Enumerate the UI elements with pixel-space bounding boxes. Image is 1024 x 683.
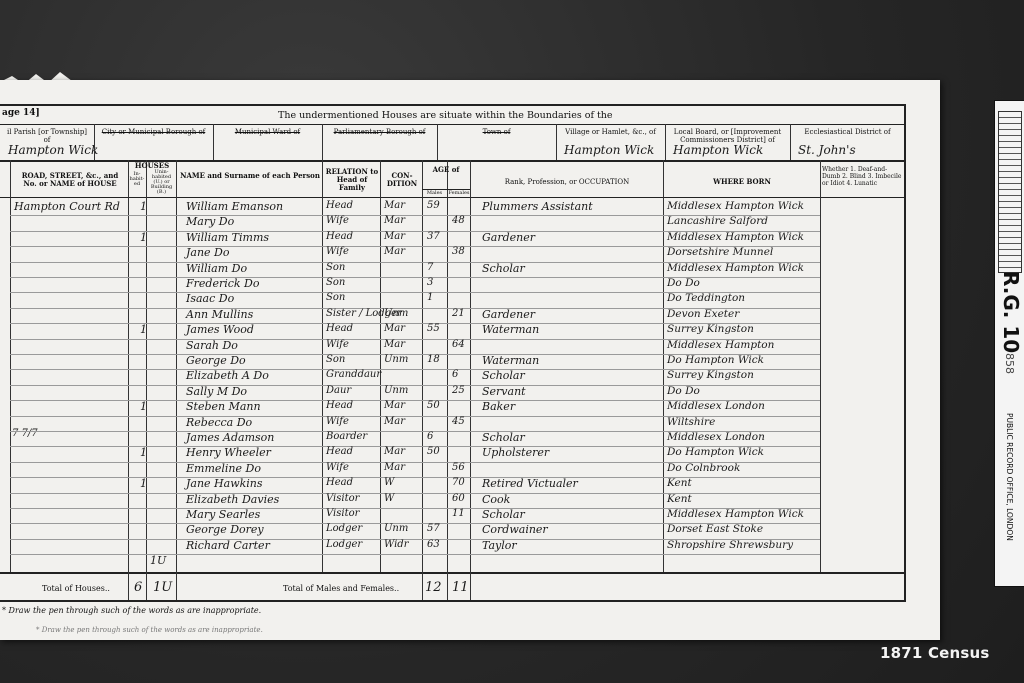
district-label: Parliamentary Borough of: [326, 128, 433, 136]
column-divider: [128, 160, 129, 572]
where-born: Dorset East Stoke: [667, 523, 763, 535]
age-male: 50: [427, 446, 440, 457]
person-name: Sarah Do: [186, 339, 238, 352]
caption: 1871 Census: [880, 644, 990, 662]
age-female: 38: [452, 246, 465, 257]
where-born: Kent: [667, 477, 692, 489]
occupation: Cordwainer: [482, 523, 548, 536]
where-born: Shropshire Shrewsbury: [667, 539, 793, 551]
person-name: Frederick Do: [186, 277, 260, 290]
record-office-notice: PUBLIC RECORD OFFICE, LONDON: [1005, 413, 1014, 541]
condition: Unm: [384, 354, 408, 365]
totals-divider: [128, 572, 129, 600]
row-rule: [10, 554, 820, 555]
column-divider: [663, 160, 664, 572]
header-age: AGE of: [422, 166, 470, 174]
total-houses-label: Total of Houses..: [42, 584, 110, 593]
condition: Mar: [384, 462, 405, 473]
totals-divider: [146, 572, 147, 600]
occupation: Plummers Assistant: [482, 200, 593, 213]
relation: Lodger: [326, 539, 362, 550]
age-male: 3: [427, 277, 433, 288]
condition: Mar: [384, 246, 405, 257]
header-condition: CON-DITION: [382, 172, 422, 188]
column-divider: [10, 160, 11, 572]
total-females: 11: [452, 580, 469, 595]
where-born: Kent: [667, 493, 692, 505]
header-name: NAME and Surname of each Person: [180, 172, 320, 180]
top-rule: [0, 104, 905, 106]
header-where-born: WHERE BORN: [665, 178, 819, 186]
where-born: Do Teddington: [667, 292, 745, 304]
condition: Unm: [384, 523, 408, 534]
occupation: Upholsterer: [482, 446, 549, 459]
road-entry: Hampton Court Rd: [14, 200, 120, 213]
inhabited-count: 1: [140, 200, 147, 213]
occupation: Taylor: [482, 539, 517, 552]
person-name: Elizabeth Davies: [186, 493, 279, 506]
district-label: Local Board, or [Improvement Commissione…: [669, 128, 786, 144]
person-name: Jane Do: [186, 246, 230, 259]
person-name: Sally M Do: [186, 385, 247, 398]
column-divider: [380, 160, 381, 572]
header-houses: HOUSES: [128, 162, 176, 170]
where-born: Do Do: [667, 277, 700, 289]
where-born: Middlesex London: [667, 400, 765, 412]
condition: Unm: [384, 308, 408, 319]
age-female: 56: [452, 462, 465, 473]
district-divider: [94, 124, 95, 160]
condition: W: [384, 493, 394, 504]
occupation: Scholar: [482, 262, 525, 275]
age-male: 1: [427, 292, 433, 303]
header-occupation: Rank, Profession, or OCCUPATION: [472, 178, 662, 186]
relation: Son: [326, 262, 345, 273]
header-road: ROAD, STREET, &c., and No. or NAME of HO…: [14, 172, 126, 188]
total-persons-label: Total of Males and Females..: [283, 584, 399, 593]
occupation: Gardener: [482, 231, 535, 244]
where-born: Middlesex Hampton: [667, 339, 774, 351]
age-subheader-rule: [422, 189, 470, 190]
district-value: Hampton Wick: [673, 143, 763, 157]
age-male: 6: [427, 431, 433, 442]
inhabited-count: 1: [140, 231, 147, 244]
boundary-title: The undermentioned Houses are situate wi…: [278, 110, 613, 121]
district-divider: [556, 124, 557, 160]
condition: Mar: [384, 400, 405, 411]
column-divider: [176, 160, 177, 572]
column-divider: [422, 160, 423, 572]
piece-number: 858: [1003, 353, 1016, 374]
occupation: Scholar: [482, 369, 525, 382]
district-label: Municipal Ward of: [217, 128, 318, 136]
totals-bottom-rule: [0, 600, 905, 602]
where-born: Middlesex Hampton Wick: [667, 262, 804, 274]
where-born: Middlesex Hampton Wick: [667, 508, 804, 520]
relation: Head: [326, 446, 353, 457]
relation: Head: [326, 400, 353, 411]
footnote-bleed-through: * Draw the pen through such of the words…: [36, 626, 263, 634]
header-relation: RELATION to Head of Family: [324, 168, 380, 192]
occupation: Waterman: [482, 354, 539, 367]
margin-note: 7 7/7: [12, 428, 38, 439]
occupation: Scholar: [482, 508, 525, 521]
relation: Head: [326, 323, 353, 334]
total-houses-uninhabited: 1U: [153, 580, 172, 595]
row-rule: [10, 477, 820, 478]
person-name: Elizabeth A Do: [186, 369, 269, 382]
person-name: William Do: [186, 262, 247, 275]
age-male: 63: [427, 539, 440, 550]
age-female: 6: [452, 369, 458, 380]
header-rule: [0, 197, 905, 198]
occupation: Baker: [482, 400, 515, 413]
ruler-scale: [998, 111, 1022, 273]
relation: Wife: [326, 215, 349, 226]
person-name: Jane Hawkins: [186, 477, 263, 490]
reference-slip: R.G. 10 858 PUBLIC RECORD OFFICE, LONDON: [994, 100, 1024, 587]
condition: Mar: [384, 446, 405, 457]
relation: Visitor: [326, 508, 359, 519]
age-female: 45: [452, 416, 465, 427]
occupation: Retired Victualer: [482, 477, 578, 490]
body-bottom-rule: [0, 572, 905, 574]
age-female: 70: [452, 477, 465, 488]
relation: Granddaur: [326, 369, 381, 380]
age-female: 60: [452, 493, 465, 504]
occupation: Scholar: [482, 431, 525, 444]
occupation: Gardener: [482, 308, 535, 321]
condition: Mar: [384, 416, 405, 427]
person-name: George Do: [186, 354, 246, 367]
where-born: Lancashire Salford: [667, 215, 768, 227]
relation: Lodger: [326, 523, 362, 534]
boundary-rule: [0, 124, 905, 125]
where-born: Surrey Kingston: [667, 369, 754, 381]
class-code: R.G. 10: [999, 271, 1023, 353]
person-name: Mary Do: [186, 215, 234, 228]
column-divider: [146, 160, 147, 572]
relation: Boarder: [326, 431, 367, 442]
district-divider: [437, 124, 438, 160]
person-name: William Emanson: [186, 200, 283, 213]
person-name: James Adamson: [186, 431, 274, 444]
district-label: Village or Hamlet, &c., of: [560, 128, 661, 136]
age-male: 59: [427, 200, 440, 211]
condition: W: [384, 477, 394, 488]
condition: Mar: [384, 200, 405, 211]
header-inhabited: In-habit-ed: [128, 172, 146, 187]
district-value: Hampton Wick: [8, 143, 98, 157]
person-name: Mary Searles: [186, 508, 260, 521]
district-value: Hampton Wick: [564, 143, 654, 157]
where-born: Dorsetshire Munnel: [667, 246, 773, 258]
person-name: Ann Mullins: [186, 308, 253, 321]
page-number: age 14]: [2, 108, 40, 118]
person-name: George Dorey: [186, 523, 264, 536]
relation: Wife: [326, 246, 349, 257]
age-female: 64: [452, 339, 465, 350]
occupation: Waterman: [482, 323, 539, 336]
inhabited-count: 1: [140, 446, 147, 459]
district-value: St. John's: [798, 143, 856, 157]
relation: Son: [326, 354, 345, 365]
column-divider: [470, 160, 471, 572]
where-born: Devon Exeter: [667, 308, 739, 320]
relation: Visitor: [326, 493, 359, 504]
person-name: Richard Carter: [186, 539, 270, 552]
totals-divider: [470, 572, 471, 600]
relation: Head: [326, 231, 353, 242]
person-name: Steben Mann: [186, 400, 261, 413]
relation: Son: [326, 292, 345, 303]
age-male: 18: [427, 354, 440, 365]
district-label: Town of: [441, 128, 552, 136]
right-border: [904, 104, 906, 602]
total-males: 12: [425, 580, 442, 595]
district-label: Ecclesiastical District of: [794, 128, 901, 136]
age-male: 57: [427, 523, 440, 534]
person-name: William Timms: [186, 231, 269, 244]
where-born: Wiltshire: [667, 416, 715, 428]
person-name: Rebecca Do: [186, 416, 252, 429]
relation: Wife: [326, 339, 349, 350]
column-divider: [322, 160, 323, 572]
district-divider: [665, 124, 666, 160]
district-divider: [322, 124, 323, 160]
where-born: Do Colnbrook: [667, 462, 740, 474]
footnote: * Draw the pen through such of the words…: [2, 606, 261, 615]
where-born: Middlesex Hampton Wick: [667, 231, 804, 243]
uninhabited-mark: 1U: [150, 554, 166, 567]
inhabited-count: 1: [140, 400, 147, 413]
age-female: 48: [452, 215, 465, 226]
relation: Daur: [326, 385, 351, 396]
district-label: il Parish [or Township] of: [4, 128, 90, 144]
relation: Wife: [326, 416, 349, 427]
column-divider: [447, 160, 448, 572]
where-born: Middlesex London: [667, 431, 765, 443]
occupation: Cook: [482, 493, 510, 506]
condition: Mar: [384, 231, 405, 242]
relation: Head: [326, 477, 353, 488]
condition: Mar: [384, 323, 405, 334]
condition: Unm: [384, 385, 408, 396]
age-male: 55: [427, 323, 440, 334]
age-female: 25: [452, 385, 465, 396]
condition: Mar: [384, 339, 405, 350]
age-male: 7: [427, 262, 433, 273]
condition: Widr: [384, 539, 408, 550]
where-born: Middlesex Hampton Wick: [667, 200, 804, 212]
age-male: 50: [427, 400, 440, 411]
where-born: Do Hampton Wick: [667, 446, 764, 458]
district-label: City or Municipal Borough of: [98, 128, 209, 136]
column-divider: [820, 160, 821, 572]
header-uninhabited: Unin-habited (U.) or Building (B.): [147, 170, 176, 195]
person-name: James Wood: [186, 323, 254, 336]
person-name: Isaac Do: [186, 292, 234, 305]
inhabited-count: 1: [140, 323, 147, 336]
totals-divider: [176, 572, 177, 600]
totals-divider: [447, 572, 448, 600]
header-male: Males: [423, 191, 446, 196]
occupation: Servant: [482, 385, 526, 398]
totals-divider: [422, 572, 423, 600]
header-infirmity: Whether 1. Deaf-and-Dumb 2. Blind 3. Imb…: [822, 166, 902, 187]
district-divider: [213, 124, 214, 160]
where-born: Do Hampton Wick: [667, 354, 764, 366]
age-female: 11: [452, 508, 465, 519]
relation: Wife: [326, 462, 349, 473]
row-rule: [10, 493, 820, 494]
person-name: Henry Wheeler: [186, 446, 271, 459]
person-name: Emmeline Do: [186, 462, 261, 475]
condition: Mar: [384, 215, 405, 226]
total-houses-inhabited: 6: [134, 580, 142, 595]
where-born: Do Do: [667, 385, 700, 397]
inhabited-count: 1: [140, 477, 147, 490]
district-divider: [790, 124, 791, 160]
header-female: Females: [448, 191, 470, 196]
where-born: Surrey Kingston: [667, 323, 754, 335]
relation: Head: [326, 200, 353, 211]
relation: Son: [326, 277, 345, 288]
age-female: 21: [452, 308, 465, 319]
age-male: 37: [427, 231, 440, 242]
